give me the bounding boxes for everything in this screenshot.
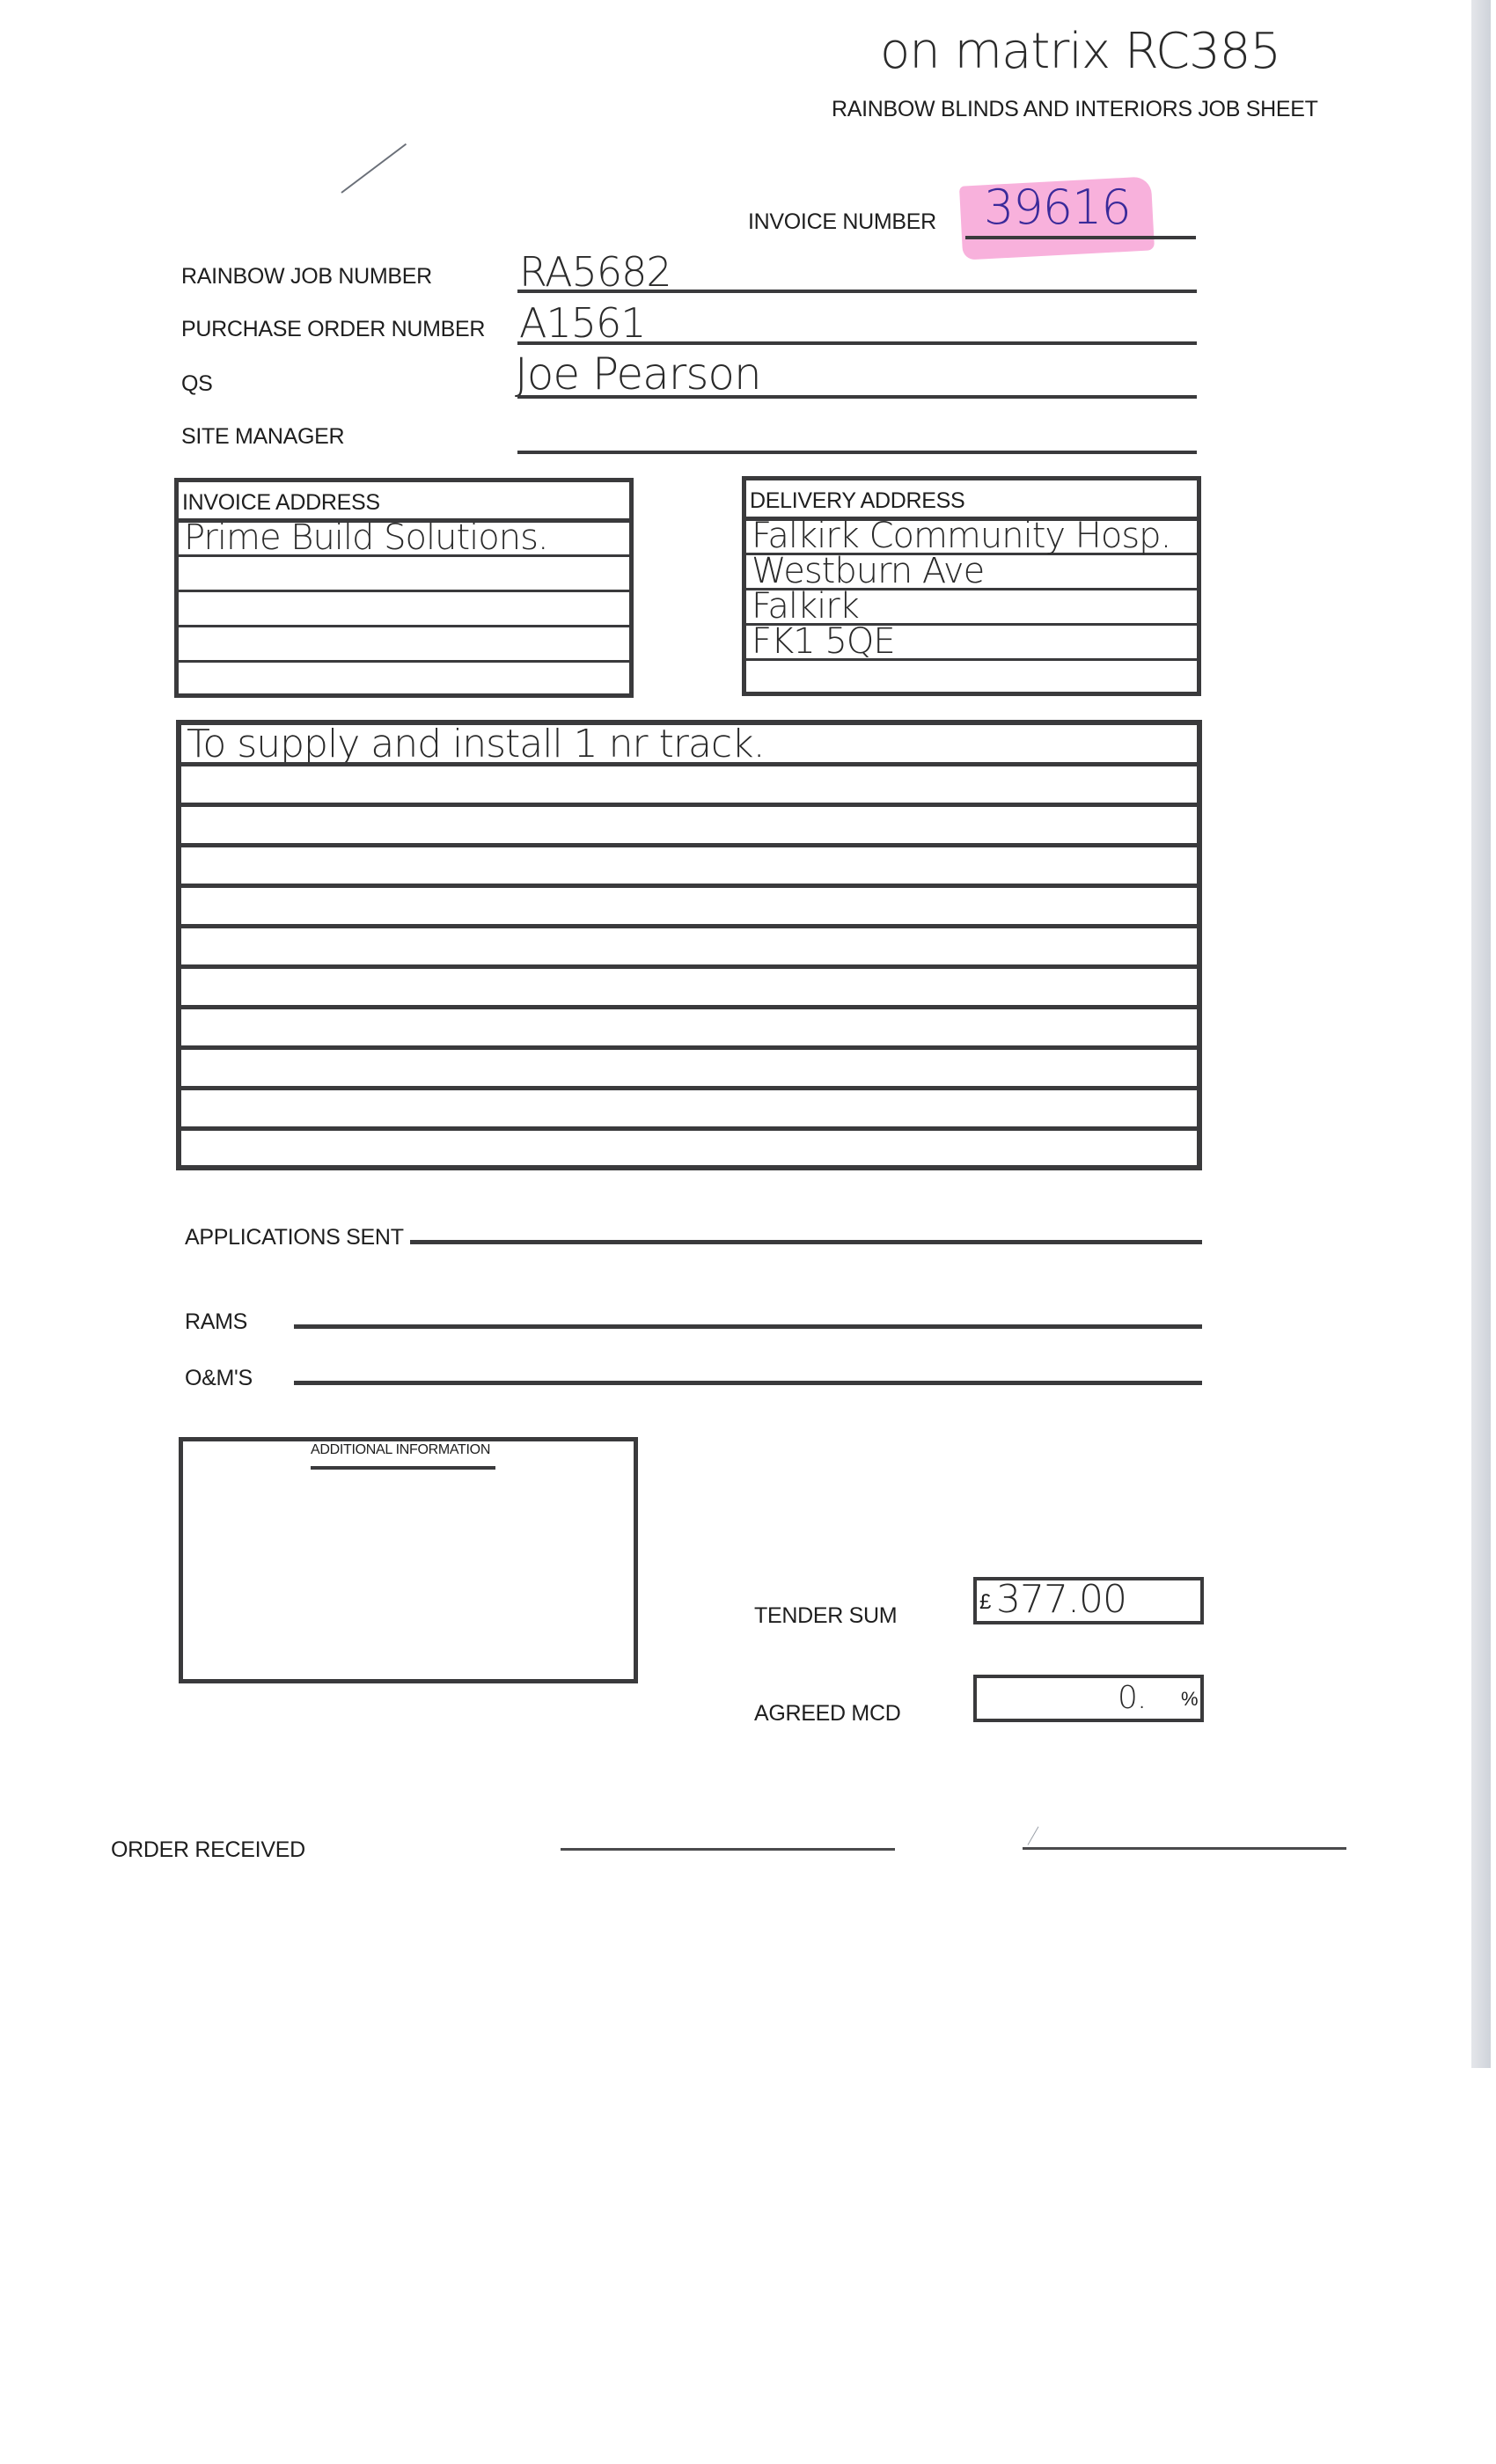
row-divider [181,803,1197,807]
invoice-number-label: INVOICE NUMBER [748,209,936,235]
additional-information-box: ADDITIONAL INFORMATION [179,1437,638,1683]
row-divider [179,590,629,592]
stray-pen-mark [341,143,407,194]
description-line-1[interactable]: To supply and install 1 nr track. [187,722,765,766]
purchase-order-label: PURCHASE ORDER NUMBER [181,317,485,342]
invoice-address-label: INVOICE ADDRESS [182,490,380,516]
qs-label: QS [181,371,213,397]
job-number-label: RAINBOW JOB NUMBER [181,264,432,290]
order-received-line-2 [1023,1847,1346,1850]
handwritten-annotation: on matrix RC385 [880,23,1280,80]
agreed-mcd-value: 0. [1118,1680,1146,1716]
additional-information-label: ADDITIONAL INFORMATION [311,1442,490,1458]
qs-line [517,395,1197,399]
scan-edge [1471,0,1491,2068]
tender-sum-value: 377.00 [996,1577,1126,1622]
job-description-box: To supply and install 1 nr track. [176,720,1202,1170]
delivery-address-line-4[interactable]: FK1 5QE [752,621,895,662]
order-received-label: ORDER RECEIVED [111,1837,305,1863]
applications-sent-line [410,1240,1202,1244]
tender-sum-label: TENDER SUM [754,1603,897,1629]
delivery-address-label: DELIVERY ADDRESS [750,488,964,514]
purchase-order-line [517,341,1197,345]
qs-value[interactable]: Joe Pearson [515,348,761,400]
currency-symbol: £ [979,1590,991,1615]
row-divider [181,762,1197,766]
row-divider [179,660,629,663]
applications-sent-label: APPLICATIONS SENT [185,1225,404,1250]
agreed-mcd-label: AGREED MCD [754,1701,900,1727]
invoice-address-box: INVOICE ADDRESS Prime Build Solutions. [174,478,634,698]
order-received-line-1 [561,1848,895,1851]
rams-line [294,1324,1202,1329]
tender-sum-box[interactable]: £ 377.00 [973,1577,1204,1624]
row-divider [181,843,1197,847]
job-number-line [517,290,1197,293]
om-line [294,1381,1202,1385]
page-title: RAINBOW BLINDS AND INTERIORS JOB SHEET [832,97,1318,122]
row-divider [181,1126,1197,1131]
invoice-address-line-1[interactable]: Prime Build Solutions. [184,517,548,558]
invoice-number-line [965,236,1196,239]
row-divider [181,884,1197,888]
additional-information-underline [311,1466,495,1470]
purchase-order-value[interactable]: A1561 [519,299,646,347]
row-divider [179,625,629,627]
om-label: O&M'S [185,1366,253,1391]
site-manager-label: SITE MANAGER [181,424,344,450]
row-divider [181,1086,1197,1090]
row-divider [181,964,1197,969]
invoice-number-value[interactable]: 39616 [984,180,1131,235]
rams-label: RAMS [185,1309,247,1335]
site-manager-line [517,451,1197,454]
job-number-value[interactable]: RA5682 [519,248,671,296]
delivery-address-box: DELIVERY ADDRESS Falkirk Community Hosp.… [742,476,1201,696]
percent-symbol: % [1181,1688,1198,1711]
stray-pen-tick [1028,1826,1039,1844]
row-divider [181,1045,1197,1050]
row-divider [181,924,1197,928]
agreed-mcd-box[interactable]: 0. % [973,1675,1204,1722]
row-divider [181,1005,1197,1009]
